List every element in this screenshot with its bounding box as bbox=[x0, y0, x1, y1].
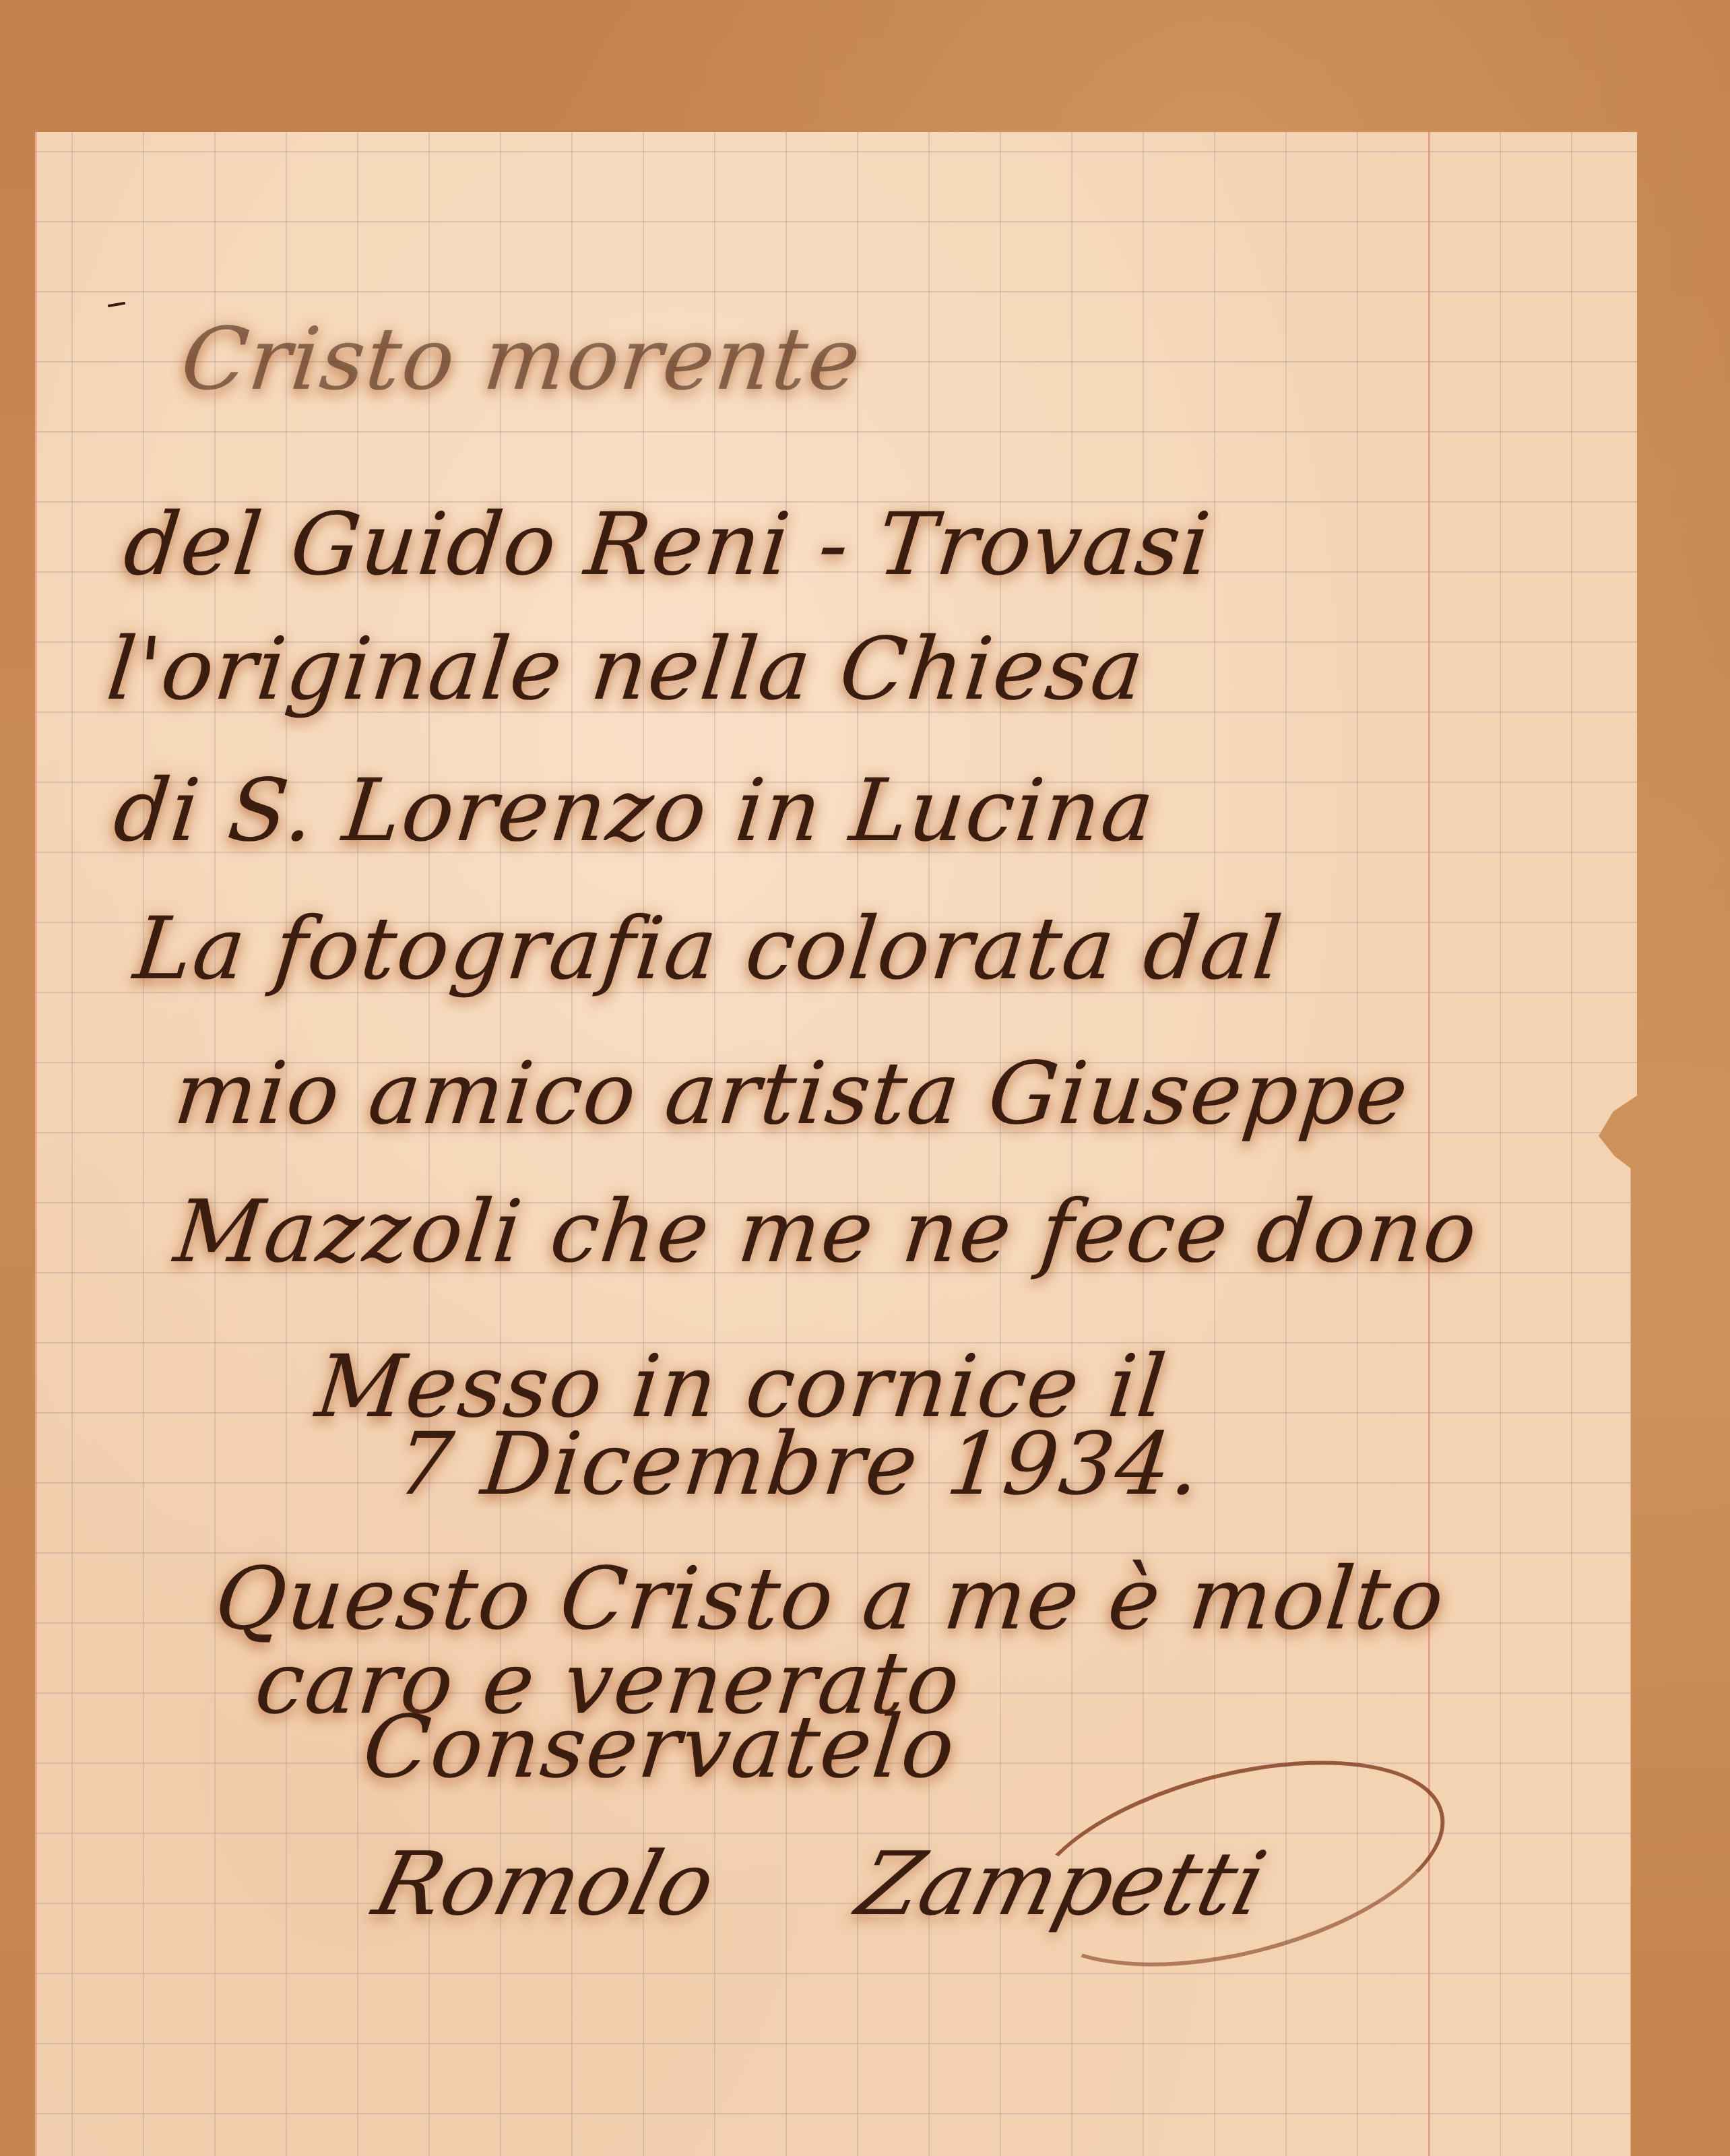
framing-date: 7 Dicembre 1934. bbox=[393, 1422, 1205, 1508]
note-line-2: l'originale nella Chiesa bbox=[103, 627, 1149, 713]
left-margin-line bbox=[35, 132, 37, 2156]
note-line-5: mio amico artista Giuseppe bbox=[170, 1051, 1413, 1137]
note-title: Cristo morente bbox=[177, 317, 865, 403]
note-line-4: La fotografia colorata dal bbox=[130, 906, 1287, 992]
signature-first-name: Romolo bbox=[364, 1833, 725, 1935]
note-line-6: Mazzoli che me ne fece dono bbox=[170, 1189, 1481, 1275]
signature-surname: Zampetti bbox=[848, 1833, 1276, 1935]
signature: RomoloZampetti bbox=[364, 1833, 1276, 1935]
dedication-line-1: Questo Cristo a me è molto bbox=[211, 1556, 1449, 1643]
note-line-3: di S. Lorenzo in Lucina bbox=[110, 768, 1159, 854]
note-line-1: del Guido Reni - Trovasi bbox=[120, 502, 1215, 588]
dedication-line-3: Conservatelo bbox=[359, 1705, 959, 1791]
